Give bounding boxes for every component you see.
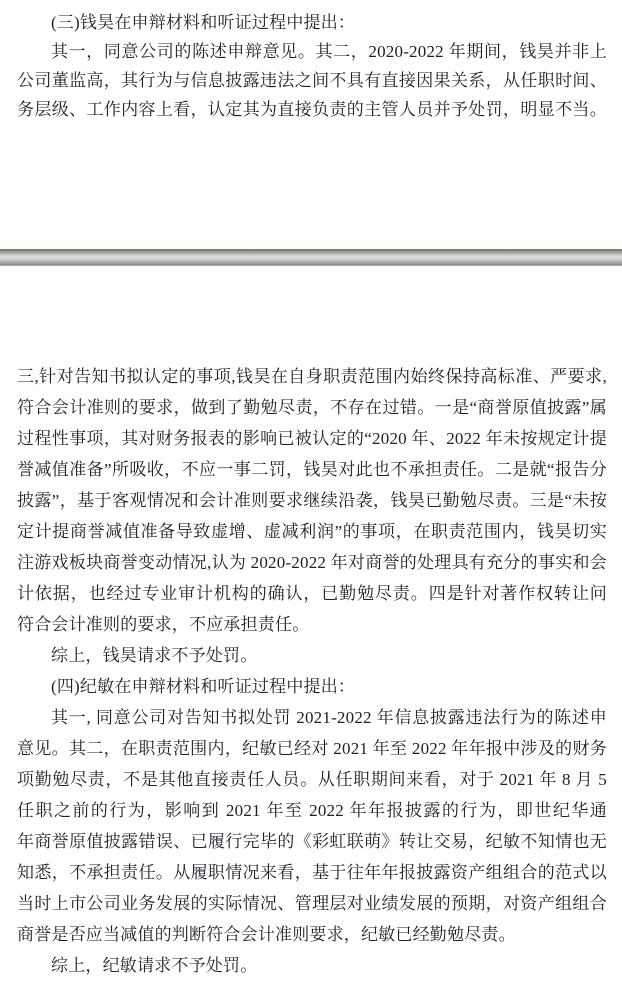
text-line: 项勤勉尽责，不是其他直接责任人员。从任职期间来看，对于 2021 年 8 月 5… — [17, 764, 607, 795]
page-1-text-block: (三)钱昊在申辩材料和听证过程中提出： 其一，同意公司的陈述申辩意见。其二，20… — [17, 8, 607, 124]
text-line: 务层级、工作内容上看，认定其为直接负责的主管人员并予处罚，明显不当。其 — [17, 95, 607, 124]
text-line: 任职之前的行为，影响到 2021 年至 2022 年年报披露的行为，即世纪华通 … — [17, 795, 607, 826]
text-line: 披露”，基于客观情况和会计准则要求继续沿袭，钱昊已勤勉尽责。三是“未按规 — [17, 485, 607, 516]
text-line: 公司董监高，其行为与信息披露违法之间不具有直接因果关系，从任职时间、职 — [17, 66, 607, 95]
text-line: 三,针对告知书拟认定的事项,钱昊在自身职责范围内始终保持高标准、严要求, — [17, 361, 607, 392]
section-heading-line: (三)钱昊在申辩材料和听证过程中提出： — [17, 8, 607, 37]
text-line: 其一, 同意公司对告知书拟处罚 2021-2022 年信息披露违法行为的陈述申辩 — [17, 702, 607, 733]
text-line: 商誉是否应当减值的判断符合会计准则要求，纪敏已经勤勉尽责。 — [17, 919, 607, 950]
document-page-1: (三)钱昊在申辩材料和听证过程中提出： 其一，同意公司的陈述申辩意见。其二，20… — [0, 0, 622, 249]
text-line: 当时上市公司业务发展的实际情况、管理层对业绩发展的预期，对资产组组合及 — [17, 888, 607, 919]
text-line: 定计提商誉减值准备导致虚增、虚减利润”的事项，在职责范围内，钱昊切实关 — [17, 516, 607, 547]
page-separator — [0, 249, 622, 266]
text-line: 其一，同意公司的陈述申辩意见。其二，2020-2022 年期间，钱昊并非上市 — [17, 37, 607, 66]
text-line: 符合会计准则的要求，不应承担责任。 — [17, 609, 607, 640]
text-line: 年商誉原值披露错误、已履行完毕的《彩虹联萌》转让交易，纪敏不知情也无法 — [17, 826, 607, 857]
text-line: 注游戏板块商誉变动情况,认为 2020-2022 年对商誉的处理具有充分的事实和… — [17, 547, 607, 578]
text-line: 综上，纪敏请求不予处罚。 — [17, 950, 607, 981]
document-page-2: 三,针对告知书拟认定的事项,钱昊在自身职责范围内始终保持高标准、严要求, 符合会… — [0, 266, 622, 983]
text-line: 誉减值准备”所吸收，不应一事二罚，钱昊对此也不承担责任。二是就“报告分部 — [17, 454, 607, 485]
page-2-text-block: 三,针对告知书拟认定的事项,钱昊在自身职责范围内始终保持高标准、严要求, 符合会… — [17, 361, 607, 981]
page-bottom-edge — [0, 241, 622, 249]
text-line: 符合会计准则的要求，做到了勤勉尽责，不存在过错。一是“商誉原值披露”属于 — [17, 392, 607, 423]
document-viewer: { "colors": { "page_background": "#fffff… — [0, 0, 622, 983]
text-line: 知悉，不承担责任。从履职情况来看，基于往年年报披露资产组组合的范式以及 — [17, 857, 607, 888]
text-line: 综上，钱昊请求不予处罚。 — [17, 640, 607, 671]
text-line: 意见。其二，在职责范围内，纪敏已经对 2021 年至 2022 年年报中涉及的财… — [17, 733, 607, 764]
section-heading-line: (四)纪敏在申辩材料和听证过程中提出： — [17, 671, 607, 702]
text-line: 过程性事项，其对财务报表的影响已被认定的“2020 年、2022 年未按规定计提… — [17, 423, 607, 454]
text-line: 计依据，也经过专业审计机构的确认，已勤勉尽责。四是针对著作权转让问题， — [17, 578, 607, 609]
